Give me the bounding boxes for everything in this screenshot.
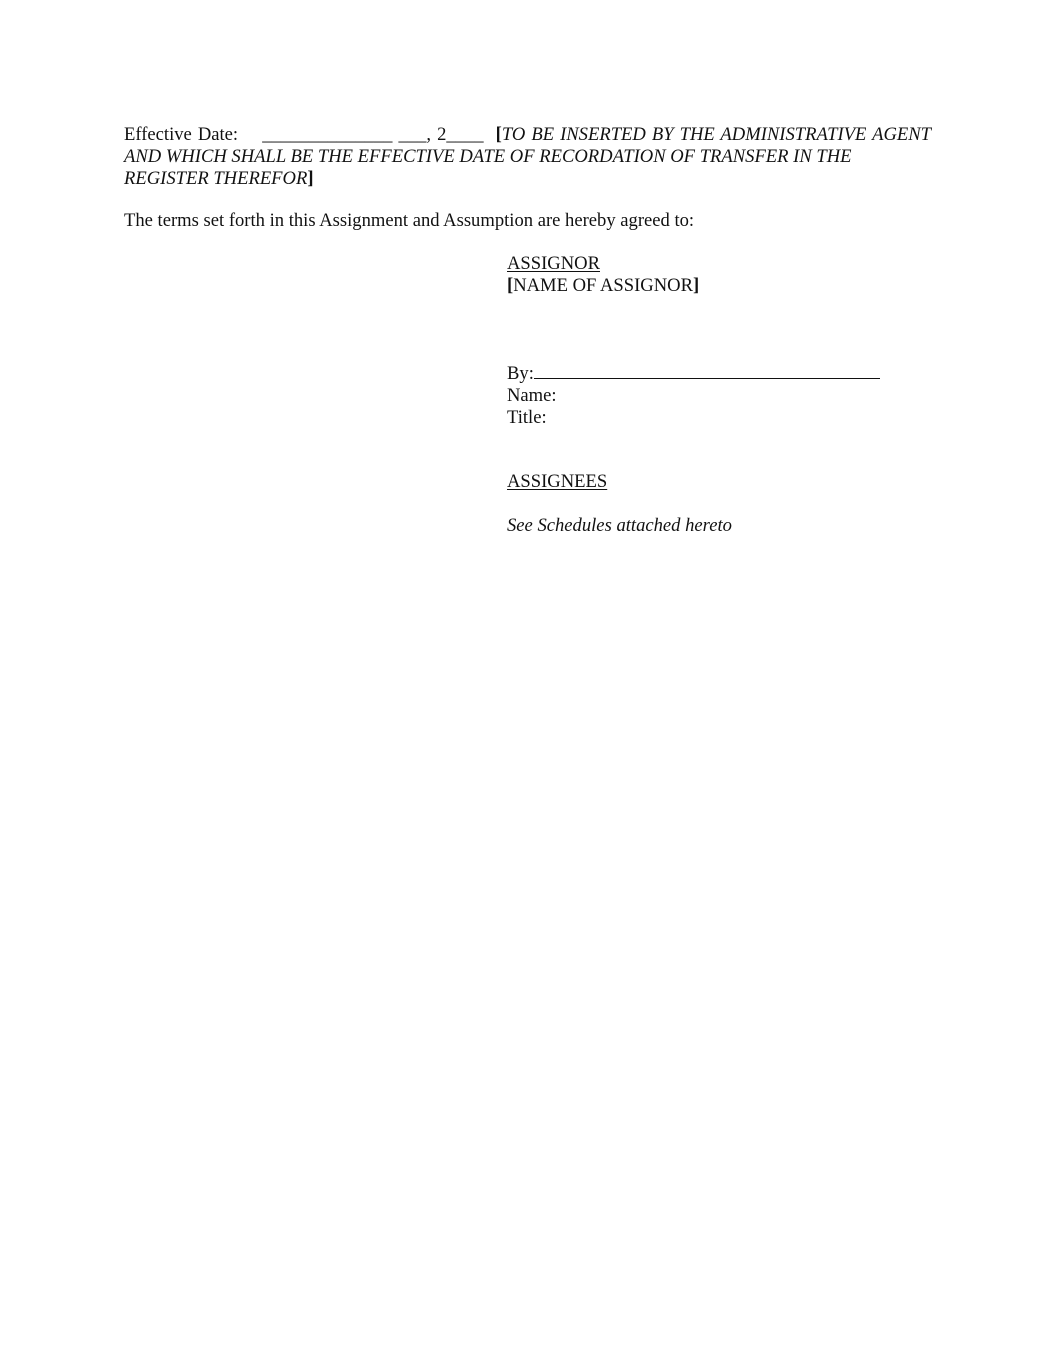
comma: , <box>426 124 431 145</box>
name-label: Name: <box>507 385 880 407</box>
effective-date-day-blank: ___ <box>398 124 426 145</box>
assignor-name-placeholder: NAME OF ASSIGNOR <box>513 275 693 296</box>
signature-line: By: <box>507 362 880 385</box>
assignor-name: [NAME OF ASSIGNOR] <box>507 275 699 297</box>
title-label: Title: <box>507 407 880 429</box>
by-label: By: <box>507 363 534 384</box>
assignor-heading: ASSIGNOR <box>507 253 699 275</box>
effective-date-paragraph: Effective Date: ______________ ___, 2___… <box>124 124 931 190</box>
close-bracket: ] <box>693 275 699 296</box>
signature-blank <box>534 362 880 379</box>
assignees-heading: ASSIGNEES <box>507 471 732 493</box>
instruction-line2: REGISTER THEREFOR <box>124 168 307 189</box>
effective-date-instruction: TO BE INSERTED BY THE ADMINISTRATIVE AGE… <box>124 124 931 167</box>
assignees-note: See Schedules attached hereto <box>507 515 732 537</box>
close-bracket: ] <box>307 168 313 189</box>
effective-date-instruction-end: REGISTER THEREFOR] <box>124 168 931 190</box>
year-prefix: 2 <box>437 124 446 145</box>
effective-date-month-blank: ______________ <box>262 124 392 145</box>
effective-date-year-blank: ____ <box>446 124 483 145</box>
assignor-signature-block: By: Name: Title: <box>507 362 880 429</box>
agreement-text: The terms set forth in this Assignment a… <box>124 210 694 232</box>
effective-date-label: Effective Date: <box>124 124 238 145</box>
assignor-block: ASSIGNOR [NAME OF ASSIGNOR] <box>507 253 699 297</box>
assignees-block: ASSIGNEES See Schedules attached hereto <box>507 471 732 537</box>
